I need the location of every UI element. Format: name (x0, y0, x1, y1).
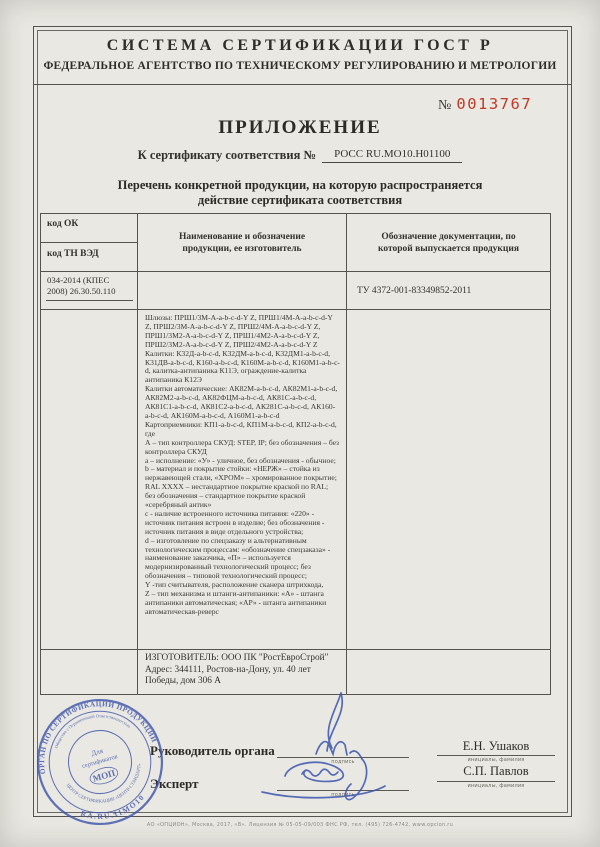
table-header-codes: код ОК код ТН ВЭД (41, 214, 138, 272)
certificate-appendix-page: СИСТЕМА СЕРТИФИКАЦИИ ГОСТ Р ФЕДЕРАЛЬНОЕ … (0, 0, 600, 847)
code-value-cell: 034-2014 (КПЕС 2008) 26.30.50.110 (41, 272, 138, 310)
product-paragraph: b – материал и покрытие стойки: «НЕРЖ» –… (145, 465, 340, 510)
manufacturer-name: ИЗГОТОВИТЕЛЬ: ООО ПК "РостЕвроСтрой" (145, 653, 339, 665)
empty-cell (41, 310, 138, 650)
printing-house-footer: АО «ОПЦИОН», Москва, 2017, «В». Лицензия… (0, 822, 600, 828)
certificate-reference-label: К сертификату соответствия № (138, 148, 316, 163)
product-paragraph: Калитки: К32Д-a-b-c-d, К32ДМ-a-b-c-d, К3… (145, 350, 340, 386)
empty-cell (138, 272, 347, 310)
header-ok-code: код ОК (41, 214, 137, 243)
certificate-reference-line: К сертификату соответствия № РОСС RU.MO1… (0, 148, 600, 163)
number-sign: № (438, 98, 451, 114)
certificate-number: РОСС RU.MO10.H01100 (322, 148, 462, 163)
page-title: ПРИЛОЖЕНИЕ (0, 117, 600, 139)
subtitle: Перечень конкретной продукции, на котору… (0, 178, 600, 208)
table-header-docs: Обозначение документации, по которой вып… (347, 214, 550, 272)
ok-code-value: 034-2014 (КПЕС 2008) 26.30.50.110 (46, 274, 133, 301)
stamp-center-line1: Для (91, 747, 105, 758)
product-paragraph: d – изготовление по спецзаказу и альтерн… (145, 537, 340, 582)
product-paragraph: Шлюзы: ПРШ1/3М-А-a-b-c-d-Y Z, ПРШ1/4М-А-… (145, 314, 340, 350)
products-table: код ОК код ТН ВЭД Наименование и обознач… (40, 213, 551, 695)
stamp-center-mark: МОП (92, 768, 117, 784)
product-paragraph: Калитки автоматические: АК82М-a-b-c-d, А… (145, 385, 340, 421)
empty-cell (347, 310, 550, 650)
agency-name: ФЕДЕРАЛЬНОЕ АГЕНТСТВО ПО ТЕХНИЧЕСКОМУ РЕ… (0, 60, 600, 72)
signature-stroke (285, 762, 343, 781)
header-divider (33, 84, 572, 85)
handwritten-signatures (250, 680, 460, 840)
product-paragraph: Z – тип механизма и штанги-антипаники: «… (145, 590, 340, 617)
tu-document-value: ТУ 4372-001-83349852-2011 (347, 272, 550, 310)
product-paragraph: А – тип контроллера СКУД: STEP, IP; без … (145, 439, 340, 457)
subtitle-line-2: действие сертификата соответствия (0, 193, 600, 208)
signature-stroke (302, 769, 338, 776)
certification-system-title: СИСТЕМА СЕРТИФИКАЦИИ ГОСТ Р (0, 37, 600, 55)
signature-stroke (350, 751, 362, 759)
form-number-value: 0013767 (456, 95, 532, 113)
form-number: № 0013767 (438, 95, 532, 114)
subtitle-line-1: Перечень конкретной продукции, на котору… (0, 178, 600, 193)
product-paragraph: с - наличие встроенного источника питани… (145, 510, 340, 537)
product-paragraph: Картоприемники: КП1-a-b-c-d, КП1М-a-b-c-… (145, 421, 340, 439)
table-header-product: Наименование и обозначение продукции, ее… (138, 214, 347, 272)
header-tnved-code: код ТН ВЭД (41, 243, 137, 272)
product-description-cell: Шлюзы: ПРШ1/3М-А-a-b-c-d-Y Z, ПРШ1/4М-А-… (138, 310, 347, 650)
signature-stroke (262, 786, 385, 798)
